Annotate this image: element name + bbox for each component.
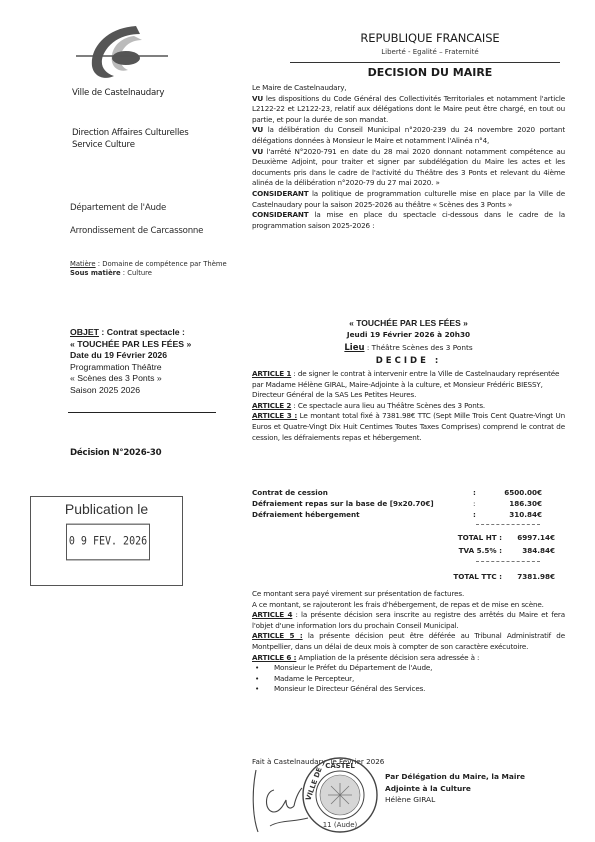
vu-label: VU: [252, 125, 263, 134]
venue-label: Lieu: [344, 343, 364, 353]
matiere-label: Matière: [70, 260, 96, 268]
signatory-block: Par Délégation du Maire, la Maire Adjoin…: [385, 771, 525, 806]
considerant-label: CONSIDERANT: [252, 189, 309, 198]
extra-note: A ce montant, se rajouteront les frais d…: [252, 600, 565, 611]
objet-line: « TOUCHÉE PAR LES FÉES »: [70, 339, 191, 349]
list-item: Monsieur le Préfet du Département de l'A…: [252, 663, 565, 674]
city-name: Ville de Castelnaudary: [72, 88, 164, 98]
decision-number: Décision N°2026-30: [70, 448, 161, 458]
article-label: ARTICLE 3 :: [252, 411, 297, 420]
considerant-label: CONSIDERANT: [252, 210, 309, 219]
svg-text:CASTEL: CASTEL: [325, 762, 355, 770]
cost-row: Contrat de cession:6500.00€: [252, 488, 552, 499]
list-item: Monsieur le Directeur Général des Servic…: [252, 684, 565, 695]
article-text: : la présente décision sera inscrite au …: [252, 610, 565, 630]
objet-line: « Scènes des 3 Ponts »: [70, 373, 240, 385]
svg-text:11 (Aude): 11 (Aude): [323, 821, 358, 829]
article-label: ARTICLE 4: [252, 610, 292, 619]
considerant-paragraph: CONSIDERANT la politique de programmatio…: [252, 189, 565, 210]
republic-title: REPUBLIQUE FRANCAISE: [330, 31, 530, 45]
article-text: : Ce spectacle aura lieu au Théâtre Scèn…: [291, 401, 485, 410]
divider: [476, 524, 540, 525]
article-3: ARTICLE 3 : Le montant total fixé à 7381…: [252, 411, 565, 443]
cost-value: 186.30€: [509, 499, 542, 508]
matiere-value: : Domaine de compétence par Thème: [96, 260, 227, 268]
matiere-block: Matière : Domaine de compétence par Thèm…: [70, 260, 230, 278]
decide-heading: DECIDE :: [252, 356, 565, 366]
vu-label: VU: [252, 147, 263, 156]
service: Service Culture: [72, 140, 189, 152]
vu-text: les dispositions du Code Général des Col…: [252, 94, 565, 124]
objet-line: Saison 2025 2026: [70, 385, 240, 397]
vu-text: l'arrêté N°2020-791 en date du 28 mai 20…: [252, 147, 565, 188]
total-value: 6997.14€: [517, 533, 555, 542]
total-value: 384.84€: [522, 546, 555, 555]
recipients-list: Monsieur le Préfet du Département de l'A…: [252, 663, 565, 695]
signatory-line: Par Délégation du Maire, la Maire: [385, 771, 525, 783]
venue-text: : Théâtre Scènes des 3 Ponts: [365, 343, 473, 352]
tva-row: TVA 5.5% :384.84€: [420, 546, 555, 557]
article-text: : de signer le contrat à intervenir entr…: [252, 369, 559, 399]
vu-paragraph: VU les dispositions du Code Général des …: [252, 94, 565, 126]
department: Département de l'Aude: [70, 203, 166, 213]
objet-label: OBJET: [70, 327, 99, 337]
articles-1-3: ARTICLE 1 : de signer le contrat à inter…: [252, 369, 565, 443]
republic-motto: Liberté - Egalité – Fraternité: [330, 48, 530, 56]
total-ttc-row: TOTAL TTC :7381.98€: [420, 572, 555, 583]
list-item: Madame le Percepteur,: [252, 674, 565, 685]
article-label: ARTICLE 5 :: [252, 631, 303, 640]
vu-paragraph: VU l'arrêté N°2020-791 en date du 28 mai…: [252, 147, 565, 189]
vu-text: la délibération du Conseil Municipal n°2…: [252, 125, 565, 145]
article-4: ARTICLE 4 : la présente décision sera in…: [252, 610, 565, 631]
article-text: Le montant total fixé à 7381.98€ TTC (Se…: [252, 411, 565, 441]
stamp-date: 0 9 FEV. 2026: [66, 524, 150, 561]
article-6: ARTICLE 6 : Ampliation de la présente dé…: [252, 653, 565, 664]
sous-matiere-value: : Culture: [121, 269, 152, 277]
show-venue: Lieu : Théâtre Scènes des 3 Ponts: [252, 343, 565, 353]
article-text: Ampliation de la présente décision sera …: [296, 653, 479, 662]
vu-label: VU: [252, 94, 263, 103]
divider: [68, 412, 216, 413]
article-label: ARTICLE 2: [252, 401, 291, 410]
document-title: DECISION DU MAIRE: [330, 66, 530, 79]
arrondissement: Arrondissement de Carcassonne: [70, 226, 203, 236]
total-label: TOTAL TTC :: [453, 572, 502, 581]
cost-label: Défraiement hébergement: [252, 510, 360, 519]
cost-label: Défraiement repas sur la base de [9x20.7…: [252, 499, 434, 508]
total-value: 7381.98€: [517, 572, 555, 581]
objet-line: Date du 19 Février 2026: [70, 350, 167, 360]
signatory-line: Adjointe à la Culture: [385, 783, 525, 795]
total-label: TVA 5.5% :: [459, 546, 502, 555]
intro: Le Maire de Castelnaudary,: [252, 83, 565, 94]
direction: Direction Affaires Culturelles: [72, 128, 189, 140]
show-title: « TOUCHÉE PAR LES FÉES »: [252, 318, 565, 328]
vu-paragraph: VU la délibération du Conseil Municipal …: [252, 125, 565, 146]
article-5: ARTICLE 5 : la présente décision peut êt…: [252, 631, 565, 652]
stamp-title: Publication le: [31, 501, 182, 517]
objet-line: Programmation Théâtre: [70, 362, 240, 374]
article-label: ARTICLE 1: [252, 369, 291, 378]
show-date: Jeudi 19 Février 2026 à 20h30: [252, 330, 565, 339]
sous-matiere-label: Sous matière: [70, 269, 121, 277]
divider: [290, 62, 560, 63]
divider: [476, 561, 540, 562]
objet-line: : Contrat spectacle :: [99, 327, 185, 337]
cost-value: 6500.00€: [504, 488, 542, 497]
objet-block: OBJET : Contrat spectacle : « TOUCHÉE PA…: [70, 327, 240, 397]
city-logo: [76, 22, 172, 82]
signatory-name: Hélène GIRAL: [385, 794, 525, 806]
payment-note: Ce montant sera payé virement sur présen…: [252, 589, 565, 600]
direction-block: Direction Affaires Culturelles Service C…: [72, 128, 189, 151]
preamble: Le Maire de Castelnaudary, VU les dispos…: [252, 83, 565, 231]
official-seal-icon: CASTEL 11 (Aude) VILLE DE: [300, 755, 380, 835]
article-label: ARTICLE 6 :: [252, 653, 296, 662]
total-label: TOTAL HT :: [458, 533, 502, 542]
article-2: ARTICLE 2 : Ce spectacle aura lieu au Th…: [252, 401, 565, 412]
cost-row: Défraiement hébergement:310.84€: [252, 510, 552, 521]
publication-stamp: Publication le 0 9 FEV. 2026: [30, 496, 183, 586]
cost-row: Défraiement repas sur la base de [9x20.7…: [252, 499, 552, 510]
total-ht-row: TOTAL HT :6997.14€: [420, 533, 555, 544]
articles-4-6: Ce montant sera payé virement sur présen…: [252, 589, 565, 695]
article-1: ARTICLE 1 : de signer le contrat à inter…: [252, 369, 565, 401]
cost-label: Contrat de cession: [252, 488, 328, 497]
cost-value: 310.84€: [509, 510, 542, 519]
considerant-paragraph: CONSIDERANT la mise en place du spectacl…: [252, 210, 565, 231]
